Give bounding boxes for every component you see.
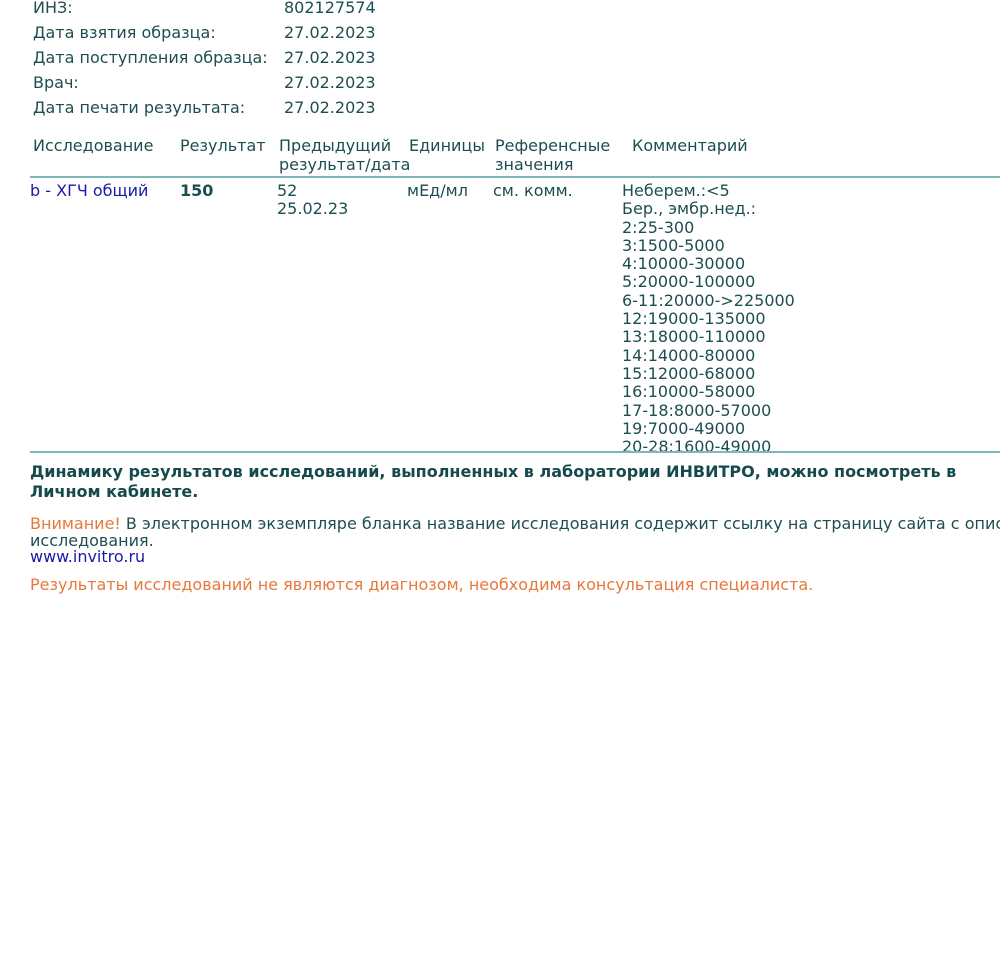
comment-cell: Неберем.:<5Бер., эмбр.нед.:2:25-3003:150… <box>622 182 795 456</box>
invitro-site-link[interactable]: www.invitro.ru <box>30 548 145 565</box>
previous-date: 25.02.23 <box>277 200 348 218</box>
comment-line: Неберем.:<5 <box>622 182 795 200</box>
result-value: 150 <box>180 182 213 200</box>
header-reference-line1: Референсные <box>495 136 610 155</box>
comment-line: 3:1500-5000 <box>622 237 795 255</box>
comment-line: 14:14000-80000 <box>622 347 795 365</box>
info-label: Дата поступления образца: <box>33 48 268 68</box>
disclaimer-note: Результаты исследований не являются диаг… <box>30 576 813 594</box>
comment-line: 17-18:8000-57000 <box>622 402 795 420</box>
reference-value: см. комм. <box>493 182 573 200</box>
info-value: 27.02.2023 <box>284 23 376 43</box>
header-previous-line1: Предыдущий <box>279 136 410 155</box>
units-value: мЕд/мл <box>407 182 468 200</box>
header-reference-line2: значения <box>495 155 610 174</box>
info-value: 27.02.2023 <box>284 73 376 93</box>
previous-result: 52 25.02.23 <box>277 182 348 219</box>
comment-line: 5:20000-100000 <box>622 273 795 291</box>
info-label: ИНЗ: <box>33 0 73 18</box>
previous-value: 52 <box>277 182 348 200</box>
warning-text: В электронном экземпляре бланка название… <box>30 514 1000 550</box>
table-bottom-divider <box>30 451 1000 453</box>
header-test: Исследование <box>33 136 153 155</box>
test-name-link[interactable]: b - ХГЧ общий <box>30 182 148 200</box>
header-previous: Предыдущий результат/дата <box>279 136 410 174</box>
comment-line: 20-28:1600-49000 <box>622 438 795 456</box>
header-divider <box>30 176 1000 178</box>
comment-line: 15:12000-68000 <box>622 365 795 383</box>
info-value: 27.02.2023 <box>284 98 376 118</box>
comment-line: 4:10000-30000 <box>622 255 795 273</box>
header-comment: Комментарий <box>632 136 748 155</box>
header-previous-line2: результат/дата <box>279 155 410 174</box>
comment-line: 19:7000-49000 <box>622 420 795 438</box>
comment-line: 12:19000-135000 <box>622 310 795 328</box>
dynamics-note: Динамику результатов исследований, выпол… <box>30 462 990 502</box>
header-result: Результат <box>180 136 266 155</box>
info-value: 802127574 <box>284 0 376 18</box>
header-reference: Референсные значения <box>495 136 610 174</box>
comment-line: 13:18000-110000 <box>622 328 795 346</box>
info-label: Дата взятия образца: <box>33 23 216 43</box>
header-units: Единицы <box>409 136 485 155</box>
comment-line: Бер., эмбр.нед.: <box>622 200 795 218</box>
comment-line: 6-11:20000->225000 <box>622 292 795 310</box>
info-label: Дата печати результата: <box>33 98 245 118</box>
info-value: 27.02.2023 <box>284 48 376 68</box>
comment-line: 2:25-300 <box>622 219 795 237</box>
info-label: Врач: <box>33 73 79 93</box>
comment-line: 16:10000-58000 <box>622 383 795 401</box>
warning-note: Внимание! В электронном экземпляре бланк… <box>30 515 1000 549</box>
